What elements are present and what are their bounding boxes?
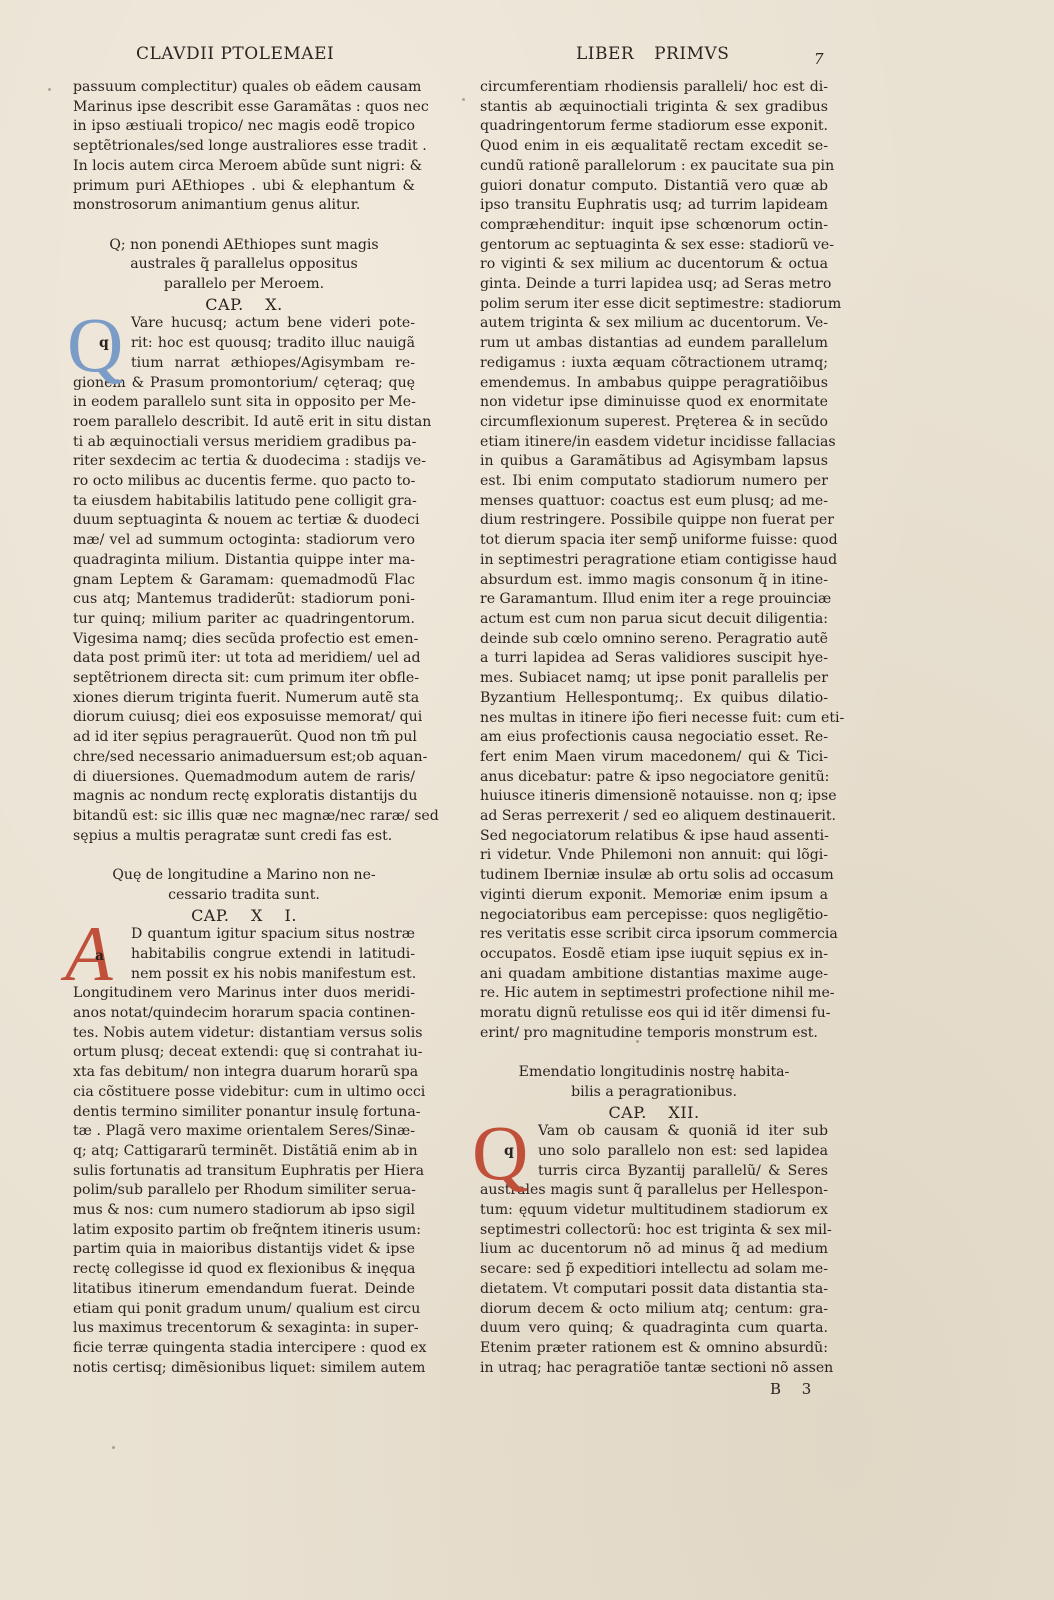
text-line: tum: ęquum videtur multitudinem stadioru… bbox=[480, 1201, 828, 1221]
chapter-title-line: Q; non ponendi AEthiopes sunt magis bbox=[73, 236, 415, 256]
text-line: bitandũ est: sic illis quæ nec magnæ/nec… bbox=[73, 807, 415, 827]
text-line: duum septuaginta & nouem ac tertiæ & duo… bbox=[73, 511, 415, 531]
text-line: mæ/ vel ad summum octoginta: stadiorum v… bbox=[73, 531, 415, 551]
text-line: viginti dierum exponit. Memoriæ enim ips… bbox=[480, 886, 828, 906]
text-line: ro viginti & sex milium ac ducentorum & … bbox=[480, 255, 828, 275]
text-line: ta eiusdem habitabilis latitudo pene col… bbox=[73, 492, 415, 512]
text-line: habitabilis congrue extendi in latitudi- bbox=[73, 945, 415, 965]
left-opening-paragraph: passuum complectitur) quales ob eãdem ca… bbox=[73, 78, 415, 216]
text-line: ad Seras perrexerit / sed eo aliquem des… bbox=[480, 807, 828, 827]
text-line: nes multas in itinere ip̃o fieri necesse… bbox=[480, 709, 828, 729]
text-line: polim serum iter esse dicit septimestre:… bbox=[480, 295, 828, 315]
text-line: Marinus ipse describit esse Garamãtas : … bbox=[73, 98, 415, 118]
folio-number: 7 bbox=[814, 50, 824, 68]
text-line: ipso transitu Euphratis usq; ad turrim l… bbox=[480, 196, 828, 216]
text-line: in septimestri peragratione etiam contig… bbox=[480, 551, 828, 571]
text-line: magnis ac nondum rectę exploratis distan… bbox=[73, 787, 415, 807]
text-line: Longitudinem vero Marinus inter duos mer… bbox=[73, 984, 415, 1004]
text-line: Sed negociatorum relatibus & ipse haud a… bbox=[480, 827, 828, 847]
text-line: est. Ibi enim computato stadiorum numero… bbox=[480, 472, 828, 492]
text-line: tot dierum spacia iter semp̃ uniforme fu… bbox=[480, 531, 828, 551]
text-line: litatibus itinerum emendandum fuerat. De… bbox=[73, 1280, 415, 1300]
text-line: deinde sub cœlo omnino sereno. Peragrati… bbox=[480, 630, 828, 650]
paper-speck bbox=[462, 98, 465, 101]
text-line: rum ut ambas distantias ad eundem parall… bbox=[480, 334, 828, 354]
chapter-title-line: Quę de longitudine a Marino non ne- bbox=[73, 866, 415, 886]
text-line: In locis autem circa Meroem abũde sunt n… bbox=[73, 157, 415, 177]
text-line: secare: sed p̃ expeditiori intellectu ad… bbox=[480, 1260, 828, 1280]
text-line: diorum decem & octo milium atq; centum: … bbox=[480, 1300, 828, 1320]
book-page: CLAVDII PTOLEMAEI LIBER PRIMVS 7 passuum… bbox=[0, 0, 1054, 1600]
text-line: duum vero quinq; & quadraginta cum quart… bbox=[480, 1319, 828, 1339]
text-line: sulis fortunatis ad transitum Euphratis … bbox=[73, 1162, 415, 1182]
text-line: absurdum est. immo magis consonum q̃ in … bbox=[480, 571, 828, 591]
text-line: quadraginta milium. Distantia quippe int… bbox=[73, 551, 415, 571]
text-line: chre/sed necessario animaduersum est;ob … bbox=[73, 748, 415, 768]
text-line: actum est cum non parua sicut decuit dil… bbox=[480, 610, 828, 630]
text-line: nem possit ex his nobis manifestum est. bbox=[73, 965, 415, 985]
text-line: ginta. Deinde a turri lapidea usq; ad Se… bbox=[480, 275, 828, 295]
text-line: re Garamantum. Illud enim iter a rege pr… bbox=[480, 590, 828, 610]
chapter-x-body: Q q Vare hucusq; actum bene videri pote-… bbox=[73, 314, 415, 846]
text-line: septẽtrionem directa sit: cum primum ite… bbox=[73, 669, 415, 689]
text-line: anus dicebatur: patre & ipso negociatore… bbox=[480, 768, 828, 788]
text-line: ri videtur. Vnde Philemoni non annuit: q… bbox=[480, 846, 828, 866]
chapter-xi-body: A a D quantum igitur spacium situs nostr… bbox=[73, 925, 415, 1378]
text-line: Vam ob causam & quoniã id iter sub bbox=[480, 1122, 828, 1142]
text-line: gionem & Prasum promontorium/ cęteraq; q… bbox=[73, 374, 415, 394]
text-line: dium restringere. Possibile quippe non f… bbox=[480, 511, 828, 531]
chapter-x-heading: Q; non ponendi AEthiopes sunt magis aust… bbox=[73, 236, 415, 315]
text-line: ortum plusq; deceat extendi: quę si cont… bbox=[73, 1043, 415, 1063]
chapter-number: CAP. XII. bbox=[480, 1103, 828, 1123]
text-line: lium ac ducentorum nõ ad minus q̃ ad med… bbox=[480, 1240, 828, 1260]
text-line: septimestri collectorũ: hoc est triginta… bbox=[480, 1221, 828, 1241]
text-line: australes magis sunt q̃ parallelus per H… bbox=[480, 1181, 828, 1201]
text-line: ani quadam ambitione distantias maxime a… bbox=[480, 965, 828, 985]
text-line: non videtur ipse diminuisse quod ex enor… bbox=[480, 393, 828, 413]
text-line: ficie terræ quingenta stadia intercipere… bbox=[73, 1339, 415, 1359]
left-column: passuum complectitur) quales ob eãdem ca… bbox=[73, 78, 415, 1378]
text-line: sępius a multis peragratæ sunt credi fas… bbox=[73, 827, 415, 847]
text-line: gnam Leptem & Garamam: quemadmodũ Flac bbox=[73, 571, 415, 591]
text-line: am eius profectionis causa negociatio es… bbox=[480, 728, 828, 748]
text-line: Byzantium Hellespontumq;. Ex quibus dila… bbox=[480, 689, 828, 709]
text-line: moratu dignũ retulisse eos qui id itẽr d… bbox=[480, 1004, 828, 1024]
text-line: notis certisq; dimẽsionibus liquet: simi… bbox=[73, 1359, 415, 1379]
text-line: data post primũ iter: ut tota ad meridie… bbox=[73, 649, 415, 669]
text-line: D quantum igitur spacium situs nostræ bbox=[73, 925, 415, 945]
text-line: dietatem. Vt computari possit data dista… bbox=[480, 1280, 828, 1300]
text-line: Vigesima namq; dies secũda profectio est… bbox=[73, 630, 415, 650]
text-line: autem triginta & sex milium ac ducentoru… bbox=[480, 314, 828, 334]
blue-initial-q: Q bbox=[67, 306, 123, 384]
text-line: erint/ pro magnitudine temporis monstrum… bbox=[480, 1024, 828, 1044]
text-line: primum puri AEthiopes . ubi & elephantum… bbox=[73, 177, 415, 197]
chapter-title-line: cessario tradita sunt. bbox=[73, 886, 415, 906]
text-line: uno solo parallelo non est: sed lapidea bbox=[480, 1142, 828, 1162]
text-line: emendemus. In ambabus quippe peragratiõi… bbox=[480, 374, 828, 394]
text-line: menses quattuor: coactus est eum plusq; … bbox=[480, 492, 828, 512]
chapter-title-line: bilis a peragrationibus. bbox=[480, 1083, 828, 1103]
chapter-title-line: Emendatio longitudinis nostrę habita- bbox=[480, 1063, 828, 1083]
paper-speck bbox=[636, 1040, 639, 1043]
text-line: negociatoribus eam percepisse: quos negl… bbox=[480, 906, 828, 926]
chapter-xi-heading: Quę de longitudine a Marino non ne- cess… bbox=[73, 866, 415, 925]
chapter-title-line: parallelo per Meroem. bbox=[73, 275, 415, 295]
text-line: rit: hoc est quousq; tradito illuc nauig… bbox=[73, 334, 415, 354]
text-line: a turri lapidea ad Seras validiores susc… bbox=[480, 649, 828, 669]
text-line: etiam itinere/in easdem videtur incidiss… bbox=[480, 433, 828, 453]
text-line: Etenim præter rationem est & omnino absu… bbox=[480, 1339, 828, 1359]
text-line: polim/sub parallelo per Rhodum similiter… bbox=[73, 1181, 415, 1201]
text-line: re. Hic autem in septimestri profectione… bbox=[480, 984, 828, 1004]
text-line: rectę collegisse id quod ex flexionibus … bbox=[73, 1260, 415, 1280]
text-line: stantis ab æquinoctiali triginta & sex g… bbox=[480, 98, 828, 118]
text-line: ro octo milibus ac ducentis ferme. quo p… bbox=[73, 472, 415, 492]
text-line: tium narrat æthiopes/Agisymbam re- bbox=[73, 354, 415, 374]
text-line: lus maximus trecentorum & sexaginta: in … bbox=[73, 1319, 415, 1339]
text-line: Vare hucusq; actum bene videri pote- bbox=[73, 314, 415, 334]
text-line: res veritatis esse scribit circa ipsorum… bbox=[480, 925, 828, 945]
text-line: guiori donatur computo. Distantiã vero q… bbox=[480, 177, 828, 197]
text-line: monstrosorum animantium genus alitur. bbox=[73, 196, 415, 216]
text-line: tur quinq; milium pariter ac quadringent… bbox=[73, 610, 415, 630]
text-line: di diuersiones. Quemadmodum autem de rar… bbox=[73, 768, 415, 788]
text-line: gentorum ac septuaginta & sex esse: stad… bbox=[480, 236, 828, 256]
text-line: circumferentiam rhodiensis paralleli/ ho… bbox=[480, 78, 828, 98]
text-line: cia cõstituere posse videbitur: cum in u… bbox=[73, 1083, 415, 1103]
text-line: in ipso æstiuali tropico/ nec magis eodẽ… bbox=[73, 117, 415, 137]
text-line: partim quia in maioribus distantijs vide… bbox=[73, 1240, 415, 1260]
text-line: in utraq; hac peragratiõe tantæ sectioni… bbox=[480, 1359, 828, 1379]
chapter-number: CAP. X I. bbox=[73, 906, 415, 926]
guide-letter: a bbox=[95, 947, 104, 967]
text-line: tes. Nobis autem videtur: distantiam ver… bbox=[73, 1024, 415, 1044]
red-initial-q: Q bbox=[472, 1114, 528, 1192]
text-line: passuum complectitur) quales ob eãdem ca… bbox=[73, 78, 415, 98]
text-line: roem parallelo describit. Id autẽ erit i… bbox=[73, 413, 415, 433]
chapter-xii-heading: Emendatio longitudinis nostrę habita- bi… bbox=[480, 1063, 828, 1122]
text-line: xta fas debitum/ non integra duarum hora… bbox=[73, 1063, 415, 1083]
text-line: dentis termino similiter ponantur insulę… bbox=[73, 1103, 415, 1123]
text-line: q; atq; Cattigararũ terminẽt. Distãtiã e… bbox=[73, 1142, 415, 1162]
text-line: fert enim Maen virum macedonem/ qui & Ti… bbox=[480, 748, 828, 768]
text-line: xiones dierum triginta fuerit. Numerum a… bbox=[73, 689, 415, 709]
text-line: in quibus a Garamãtibus ad Agisymbam lap… bbox=[480, 452, 828, 472]
text-line: diorum cuiusq; diei eos exposuisse memor… bbox=[73, 708, 415, 728]
text-line: mus & nos: cum numero stadiorum ab ipso … bbox=[73, 1201, 415, 1221]
text-line: in eodem parallelo sunt sita in opposito… bbox=[73, 393, 415, 413]
text-line: septẽtrionales/sed longe australiores es… bbox=[73, 137, 415, 157]
text-line: mes. Subiacet namq; ut ipse ponit parall… bbox=[480, 669, 828, 689]
text-line: huiusce itineris dimensionẽ notauisse. n… bbox=[480, 787, 828, 807]
right-column: circumferentiam rhodiensis paralleli/ ho… bbox=[480, 78, 828, 1378]
guide-letter: q bbox=[99, 334, 109, 354]
text-line: compræhenditur: inquit ipse schœnorum oc… bbox=[480, 216, 828, 236]
chapter-xii-body: Q q Vam ob causam & quoniã id iter sub u… bbox=[480, 1122, 828, 1378]
text-line: redigamus : iuxta æquam cõtractionem utr… bbox=[480, 354, 828, 374]
text-line: quadringentorum ferme stadiorum esse exp… bbox=[480, 117, 828, 137]
text-line: cundũ rationẽ parallelorum : ex paucitat… bbox=[480, 157, 828, 177]
paper-speck bbox=[112, 1446, 115, 1449]
text-line: ti ab æquinoctiali versus meridiem gradi… bbox=[73, 433, 415, 453]
signature-mark: B 3 bbox=[770, 1380, 819, 1398]
text-line: etiam qui ponit gradum unum/ qualium est… bbox=[73, 1300, 415, 1320]
chapter-title-line: australes q̃ parallelus oppositus bbox=[73, 255, 415, 275]
red-initial-a: A bbox=[65, 915, 113, 993]
text-line: tudinem Iberniæ insulæ ab ortu solis ad … bbox=[480, 866, 828, 886]
text-line: riter sexdecim ac tertia & duodecima : s… bbox=[73, 452, 415, 472]
text-line: cus atq; Mantemus tradiderũt: stadiorum … bbox=[73, 590, 415, 610]
text-line: Quod enim in eis æqualitatẽ rectam exced… bbox=[480, 137, 828, 157]
text-line: turris circa Byzantij parallelũ/ & Seres bbox=[480, 1162, 828, 1182]
right-opening-text: circumferentiam rhodiensis paralleli/ ho… bbox=[480, 78, 828, 1043]
running-head-left: CLAVDII PTOLEMAEI bbox=[136, 44, 334, 64]
text-line: tæ . Plagã vero maxime orientalem Seres/… bbox=[73, 1122, 415, 1142]
text-line: anos notat/quindecim horarum spacia cont… bbox=[73, 1004, 415, 1024]
guide-letter: q bbox=[504, 1142, 514, 1162]
text-line: circumflexionum superest. Pręterea & in … bbox=[480, 413, 828, 433]
text-line: ad id iter sępius peragrauerũt. Quod non… bbox=[73, 728, 415, 748]
text-line: latim exposito partim ob freq̃ntem itine… bbox=[73, 1221, 415, 1241]
text-line: occupatos. Eosdẽ etiam ipse iuquit sępiu… bbox=[480, 945, 828, 965]
running-head-right: LIBER PRIMVS bbox=[576, 44, 729, 64]
chapter-number: CAP. X. bbox=[73, 295, 415, 315]
paper-speck bbox=[48, 88, 51, 91]
